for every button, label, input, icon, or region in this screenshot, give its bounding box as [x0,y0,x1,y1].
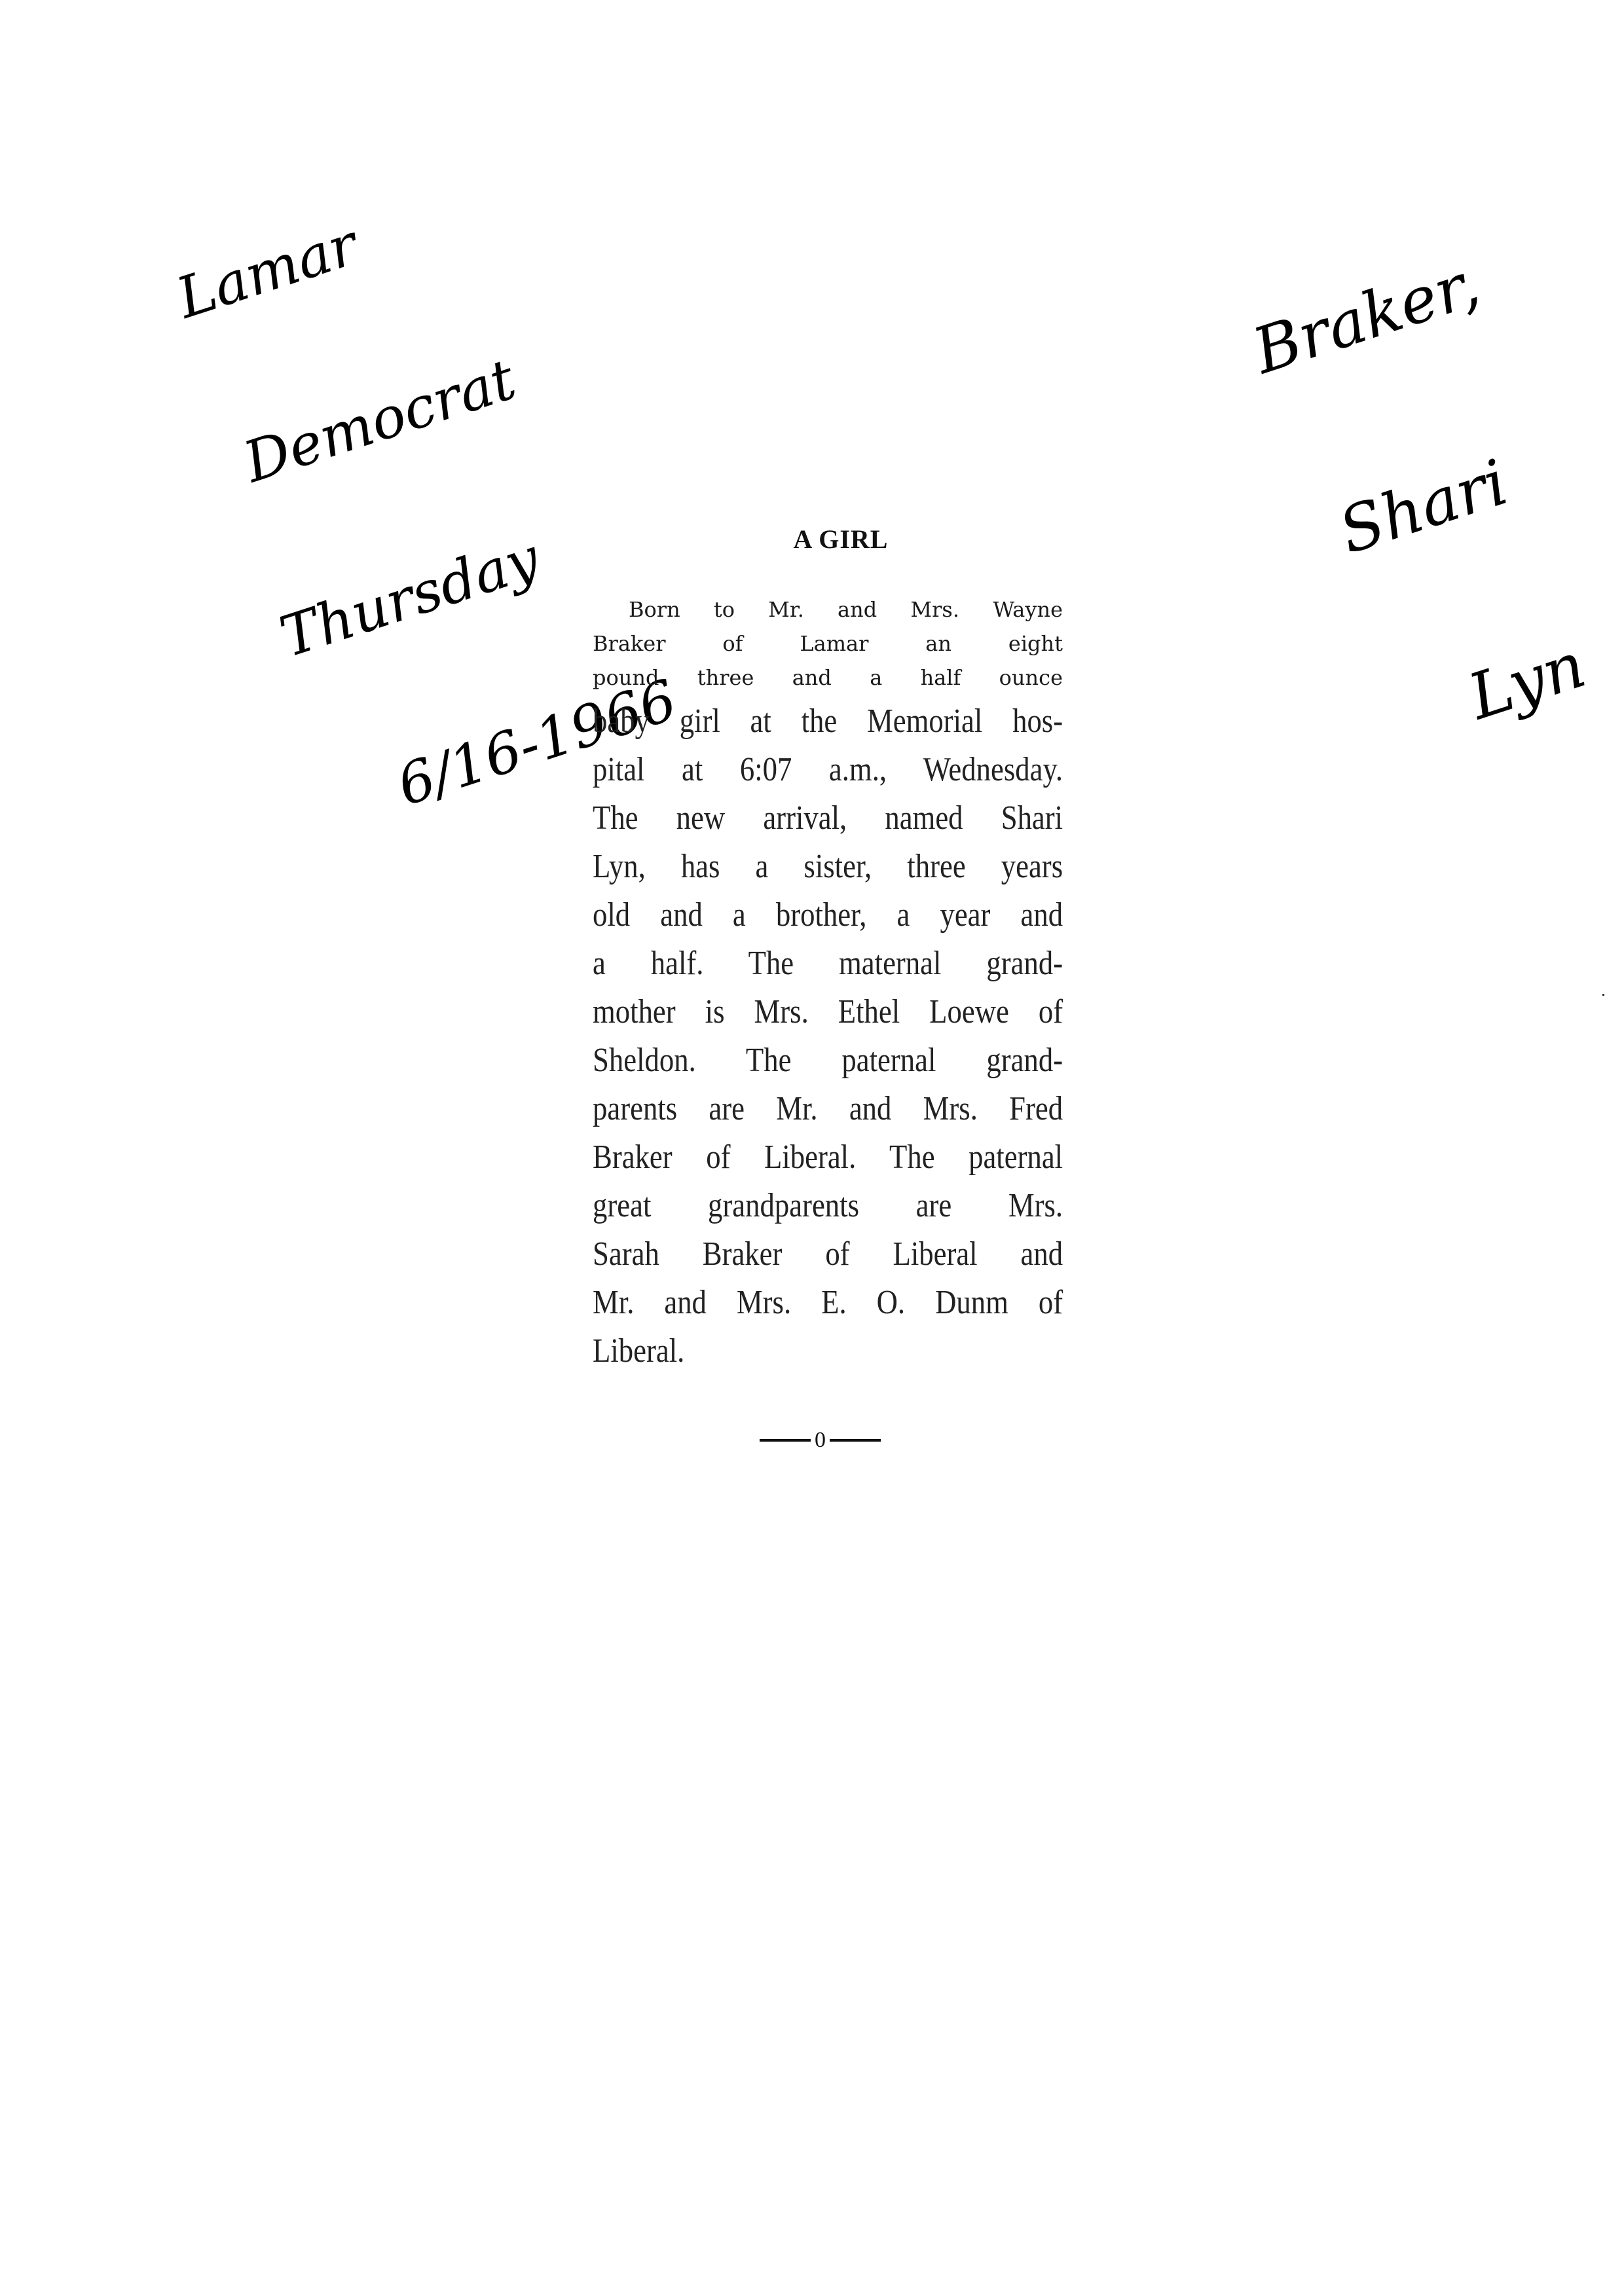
end-rule-right [830,1439,881,1442]
body-line: pital at 6:07 a.m., Wednesday. [593,746,1063,794]
scan-speck [1602,994,1604,996]
intro-line: Born to Mr. and Mrs. Wayne [593,592,1063,627]
note-middle-name: Lyn [1462,627,1610,731]
body-line: Liberal. [593,1327,1063,1376]
intro-line: Braker of Lamar an eight [593,627,1063,661]
body-paragraph: baby girl at the Memorial hos- pital at … [593,697,1063,1376]
note-weekday: Thursday [274,502,629,668]
note-first-name: Shari [1332,439,1548,565]
end-mark-glyph: 0 [811,1429,830,1451]
note-newspaper-name: Democrat [238,333,574,493]
body-line: mother is Mrs. Ethel Loewe of [593,988,1063,1036]
body-line: Sheldon. The paternal grand- [593,1036,1063,1085]
body-line: Mr. and Mrs. E. O. Dunm of [593,1279,1063,1327]
handwritten-name-note: Braker, Shari Lyn [1205,124,1624,824]
end-rule-left [760,1439,811,1442]
body-line: Sarah Braker of Liberal and [593,1230,1063,1279]
headline: A GIRL [593,524,1063,555]
article-end-mark: 0 [760,1430,881,1450]
body-line: Lyn, has a sister, three years [593,843,1063,891]
body-line: The new arrival, named Shari [593,794,1063,843]
note-newspaper-city: Lamar [170,164,519,328]
note-surname: Braker, [1246,250,1486,384]
newspaper-clipping: A GIRL Born to Mr. and Mrs. Wayne Braker… [593,524,1063,1376]
body-line: great grandparents are Mrs. [593,1182,1063,1230]
body-line: old and a brother, a year and [593,891,1063,939]
body-line: Braker of Liberal. The paternal [593,1133,1063,1182]
body-line: a half. The maternal grand- [593,939,1063,988]
intro-line: pound three and a half ounce [593,661,1063,695]
intro-paragraph: Born to Mr. and Mrs. Wayne Braker of Lam… [593,592,1063,695]
body-line: parents are Mr. and Mrs. Fred [593,1085,1063,1133]
body-line: baby girl at the Memorial hos- [593,697,1063,746]
